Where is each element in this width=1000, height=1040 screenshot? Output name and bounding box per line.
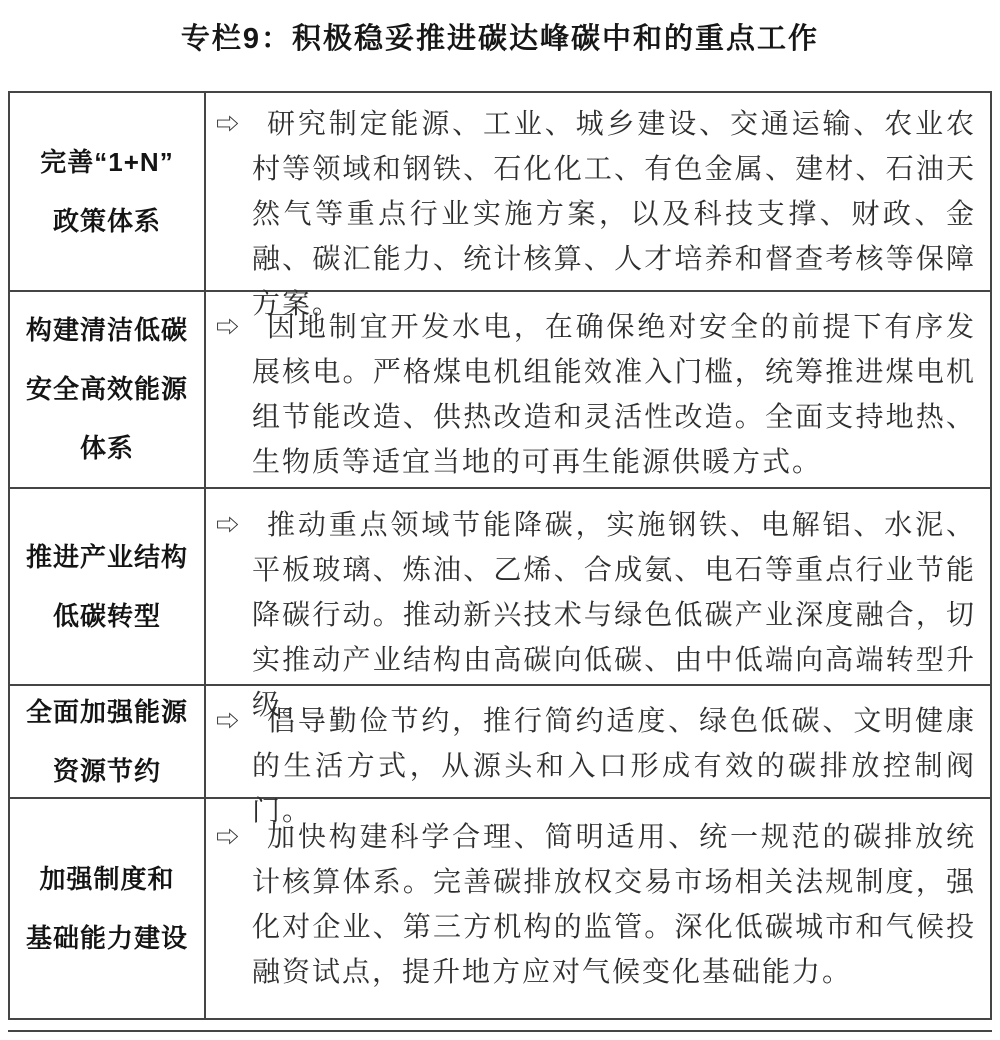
row-content-cell: ⇨ 推动重点领域节能降碳，实施钢铁、电解铝、水泥、平板玻璃、炼油、乙烯、合成氨、… bbox=[206, 489, 990, 684]
label-line: 完善“1+N” bbox=[40, 133, 173, 192]
arrow-bullet-icon: ⇨ bbox=[216, 102, 239, 147]
table-row: 构建清洁低碳 安全高效能源 体系 ⇨ 因地制宜开发水电，在确保绝对安全的前提下有… bbox=[10, 290, 990, 487]
policy-table: 完善“1+N” 政策体系 ⇨ 研究制定能源、工业、城乡建设、交通运输、农业农村等… bbox=[8, 91, 992, 1020]
table-row: 全面加强能源 资源节约 ⇨ 倡导勤俭节约，推行简约适度、绿色低碳、文明健康的生活… bbox=[10, 684, 990, 797]
row-label: 全面加强能源 资源节约 bbox=[10, 686, 206, 797]
label-line: 构建清洁低碳 bbox=[26, 301, 188, 360]
table-row: 推进产业结构 低碳转型 ⇨ 推动重点领域节能降碳，实施钢铁、电解铝、水泥、平板玻… bbox=[10, 487, 990, 684]
row-content-cell: ⇨ 因地制宜开发水电，在确保绝对安全的前提下有序发展核电。严格煤电机组能效准入门… bbox=[206, 292, 990, 487]
page-title: 专栏9：积极稳妥推进碳达峰碳中和的重点工作 bbox=[0, 0, 1000, 91]
document-page: 专栏9：积极稳妥推进碳达峰碳中和的重点工作 完善“1+N” 政策体系 ⇨ 研究制… bbox=[0, 0, 1000, 1040]
label-line: 基础能力建设 bbox=[26, 909, 188, 968]
row-label: 推进产业结构 低碳转型 bbox=[10, 489, 206, 684]
label-line: 体系 bbox=[80, 419, 134, 478]
row-content-cell: ⇨ 加快构建科学合理、简明适用、统一规范的碳排放统计核算体系。完善碳排放权交易市… bbox=[206, 799, 990, 1018]
bottom-rule bbox=[8, 1030, 992, 1032]
row-label: 加强制度和 基础能力建设 bbox=[10, 799, 206, 1018]
arrow-bullet-icon: ⇨ bbox=[216, 815, 239, 860]
label-line: 政策体系 bbox=[53, 192, 161, 251]
row-content-cell: ⇨ 研究制定能源、工业、城乡建设、交通运输、农业农村等领域和钢铁、石化化工、有色… bbox=[206, 93, 990, 290]
table-row: 完善“1+N” 政策体系 ⇨ 研究制定能源、工业、城乡建设、交通运输、农业农村等… bbox=[10, 93, 990, 290]
row-content-cell: ⇨ 倡导勤俭节约，推行简约适度、绿色低碳、文明健康的生活方式，从源头和入口形成有… bbox=[206, 686, 990, 797]
row-content: 加快构建科学合理、简明适用、统一规范的碳排放统计核算体系。完善碳排放权交易市场相… bbox=[252, 815, 976, 995]
row-label: 完善“1+N” 政策体系 bbox=[10, 93, 206, 290]
table-row: 加强制度和 基础能力建设 ⇨ 加快构建科学合理、简明适用、统一规范的碳排放统计核… bbox=[10, 797, 990, 1018]
row-label: 构建清洁低碳 安全高效能源 体系 bbox=[10, 292, 206, 487]
label-line: 资源节约 bbox=[53, 742, 161, 801]
arrow-bullet-icon: ⇨ bbox=[216, 503, 239, 548]
label-line: 全面加强能源 bbox=[26, 683, 188, 742]
arrow-bullet-icon: ⇨ bbox=[216, 699, 239, 744]
row-content: 因地制宜开发水电，在确保绝对安全的前提下有序发展核电。严格煤电机组能效准入门槛，… bbox=[252, 305, 976, 485]
label-line: 推进产业结构 bbox=[26, 528, 188, 587]
label-line: 低碳转型 bbox=[53, 587, 161, 646]
label-line: 安全高效能源 bbox=[26, 360, 188, 419]
label-line: 加强制度和 bbox=[39, 850, 174, 909]
arrow-bullet-icon: ⇨ bbox=[216, 305, 239, 350]
